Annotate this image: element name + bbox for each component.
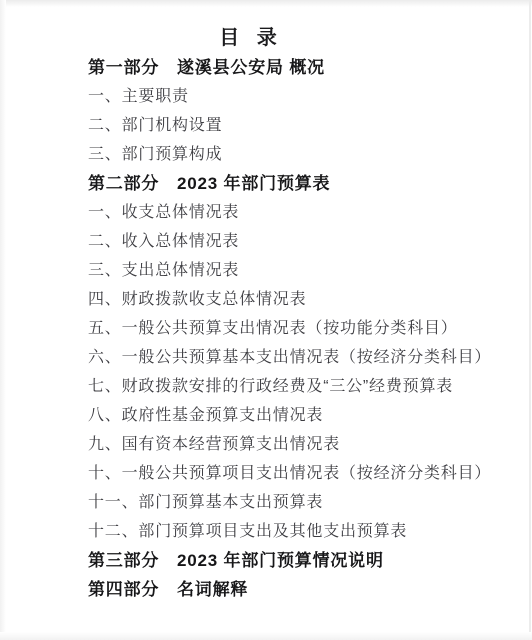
toc-item: 十一、部门预算基本支出预算表 bbox=[88, 486, 512, 515]
toc-item: 十二、部门预算项目支出及其他支出预算表 bbox=[88, 515, 512, 544]
toc-item: 七、财政拨款安排的行政经费及“三公”经费预算表 bbox=[88, 370, 512, 399]
toc-item: 二、部门机构设置 bbox=[88, 109, 512, 138]
toc-section-heading: 第四部分 名词解释 bbox=[88, 573, 512, 602]
page-title: 目 录 bbox=[0, 21, 502, 50]
toc-section-heading: 第一部分 遂溪县公安局 概况 bbox=[88, 51, 512, 80]
toc-item: 六、一般公共预算基本支出情况表（按经济分类科目） bbox=[88, 341, 512, 370]
toc-item: 五、一般公共预算支出情况表（按功能分类科目） bbox=[88, 312, 512, 341]
page-edge-top bbox=[0, 0, 532, 7]
toc-item: 九、国有资本经营预算支出情况表 bbox=[88, 428, 512, 457]
toc-item: 三、支出总体情况表 bbox=[88, 254, 512, 283]
toc-item: 一、收支总体情况表 bbox=[88, 196, 512, 225]
page-edge-right bbox=[529, 0, 531, 640]
toc-item: 二、收入总体情况表 bbox=[88, 225, 512, 254]
toc-item: 一、主要职责 bbox=[88, 80, 512, 109]
table-of-contents: 第一部分 遂溪县公安局 概况 一、主要职责 二、部门机构设置 三、部门预算构成 … bbox=[88, 51, 512, 602]
page-edge-bottom bbox=[0, 632, 532, 640]
toc-section-heading: 第二部分 2023 年部门预算表 bbox=[88, 167, 512, 196]
toc-section-heading: 第三部分 2023 年部门预算情况说明 bbox=[88, 544, 512, 573]
document-page: 目 录 第一部分 遂溪县公安局 概况 一、主要职责 二、部门机构设置 三、部门预… bbox=[0, 0, 532, 640]
toc-item: 四、财政拨款收支总体情况表 bbox=[88, 283, 512, 312]
toc-item: 八、政府性基金预算支出情况表 bbox=[88, 399, 512, 428]
toc-item: 三、部门预算构成 bbox=[88, 138, 512, 167]
page-edge-left bbox=[0, 0, 6, 640]
toc-item: 十、一般公共预算项目支出情况表（按经济分类科目） bbox=[88, 457, 512, 486]
